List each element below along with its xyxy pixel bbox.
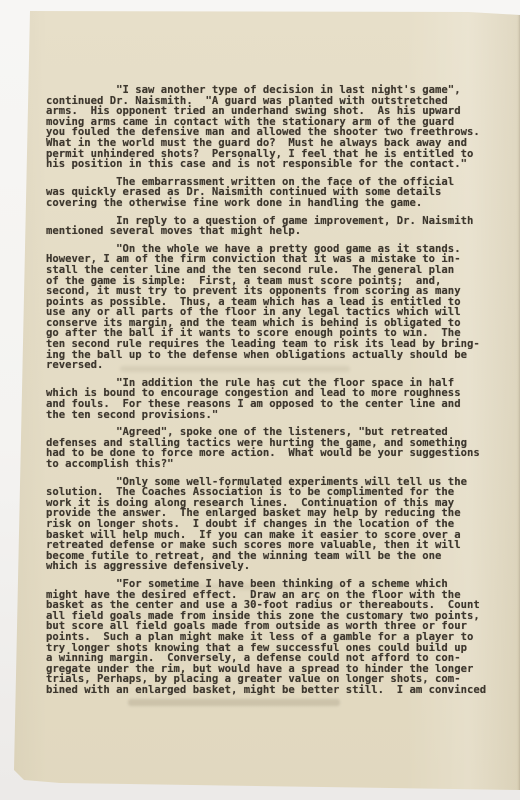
typewritten-text: "I saw another type of decision in last …: [46, 85, 490, 695]
paragraph-6: "Agreed", spoke one of the listeners, "b…: [46, 427, 490, 469]
paragraph-8: "For sometime I have been thinking of a …: [46, 579, 490, 696]
scan-background: "I saw another type of decision in last …: [0, 0, 520, 800]
document-page: "I saw another type of decision in last …: [0, 0, 520, 800]
paragraph-4: "On the whole we have a pretty good game…: [46, 244, 490, 371]
paragraph-3: In reply to a question of game improveme…: [46, 216, 490, 237]
paragraph-5: "In addition the rule has cut the floor …: [46, 378, 490, 420]
paragraph-2: The embarrassment written on the face of…: [46, 177, 490, 209]
bleed-through-smudge: [128, 699, 340, 706]
paragraph-1: "I saw another type of decision in last …: [46, 85, 490, 170]
paragraph-7: "Only some well-formulated experiments w…: [46, 477, 490, 572]
